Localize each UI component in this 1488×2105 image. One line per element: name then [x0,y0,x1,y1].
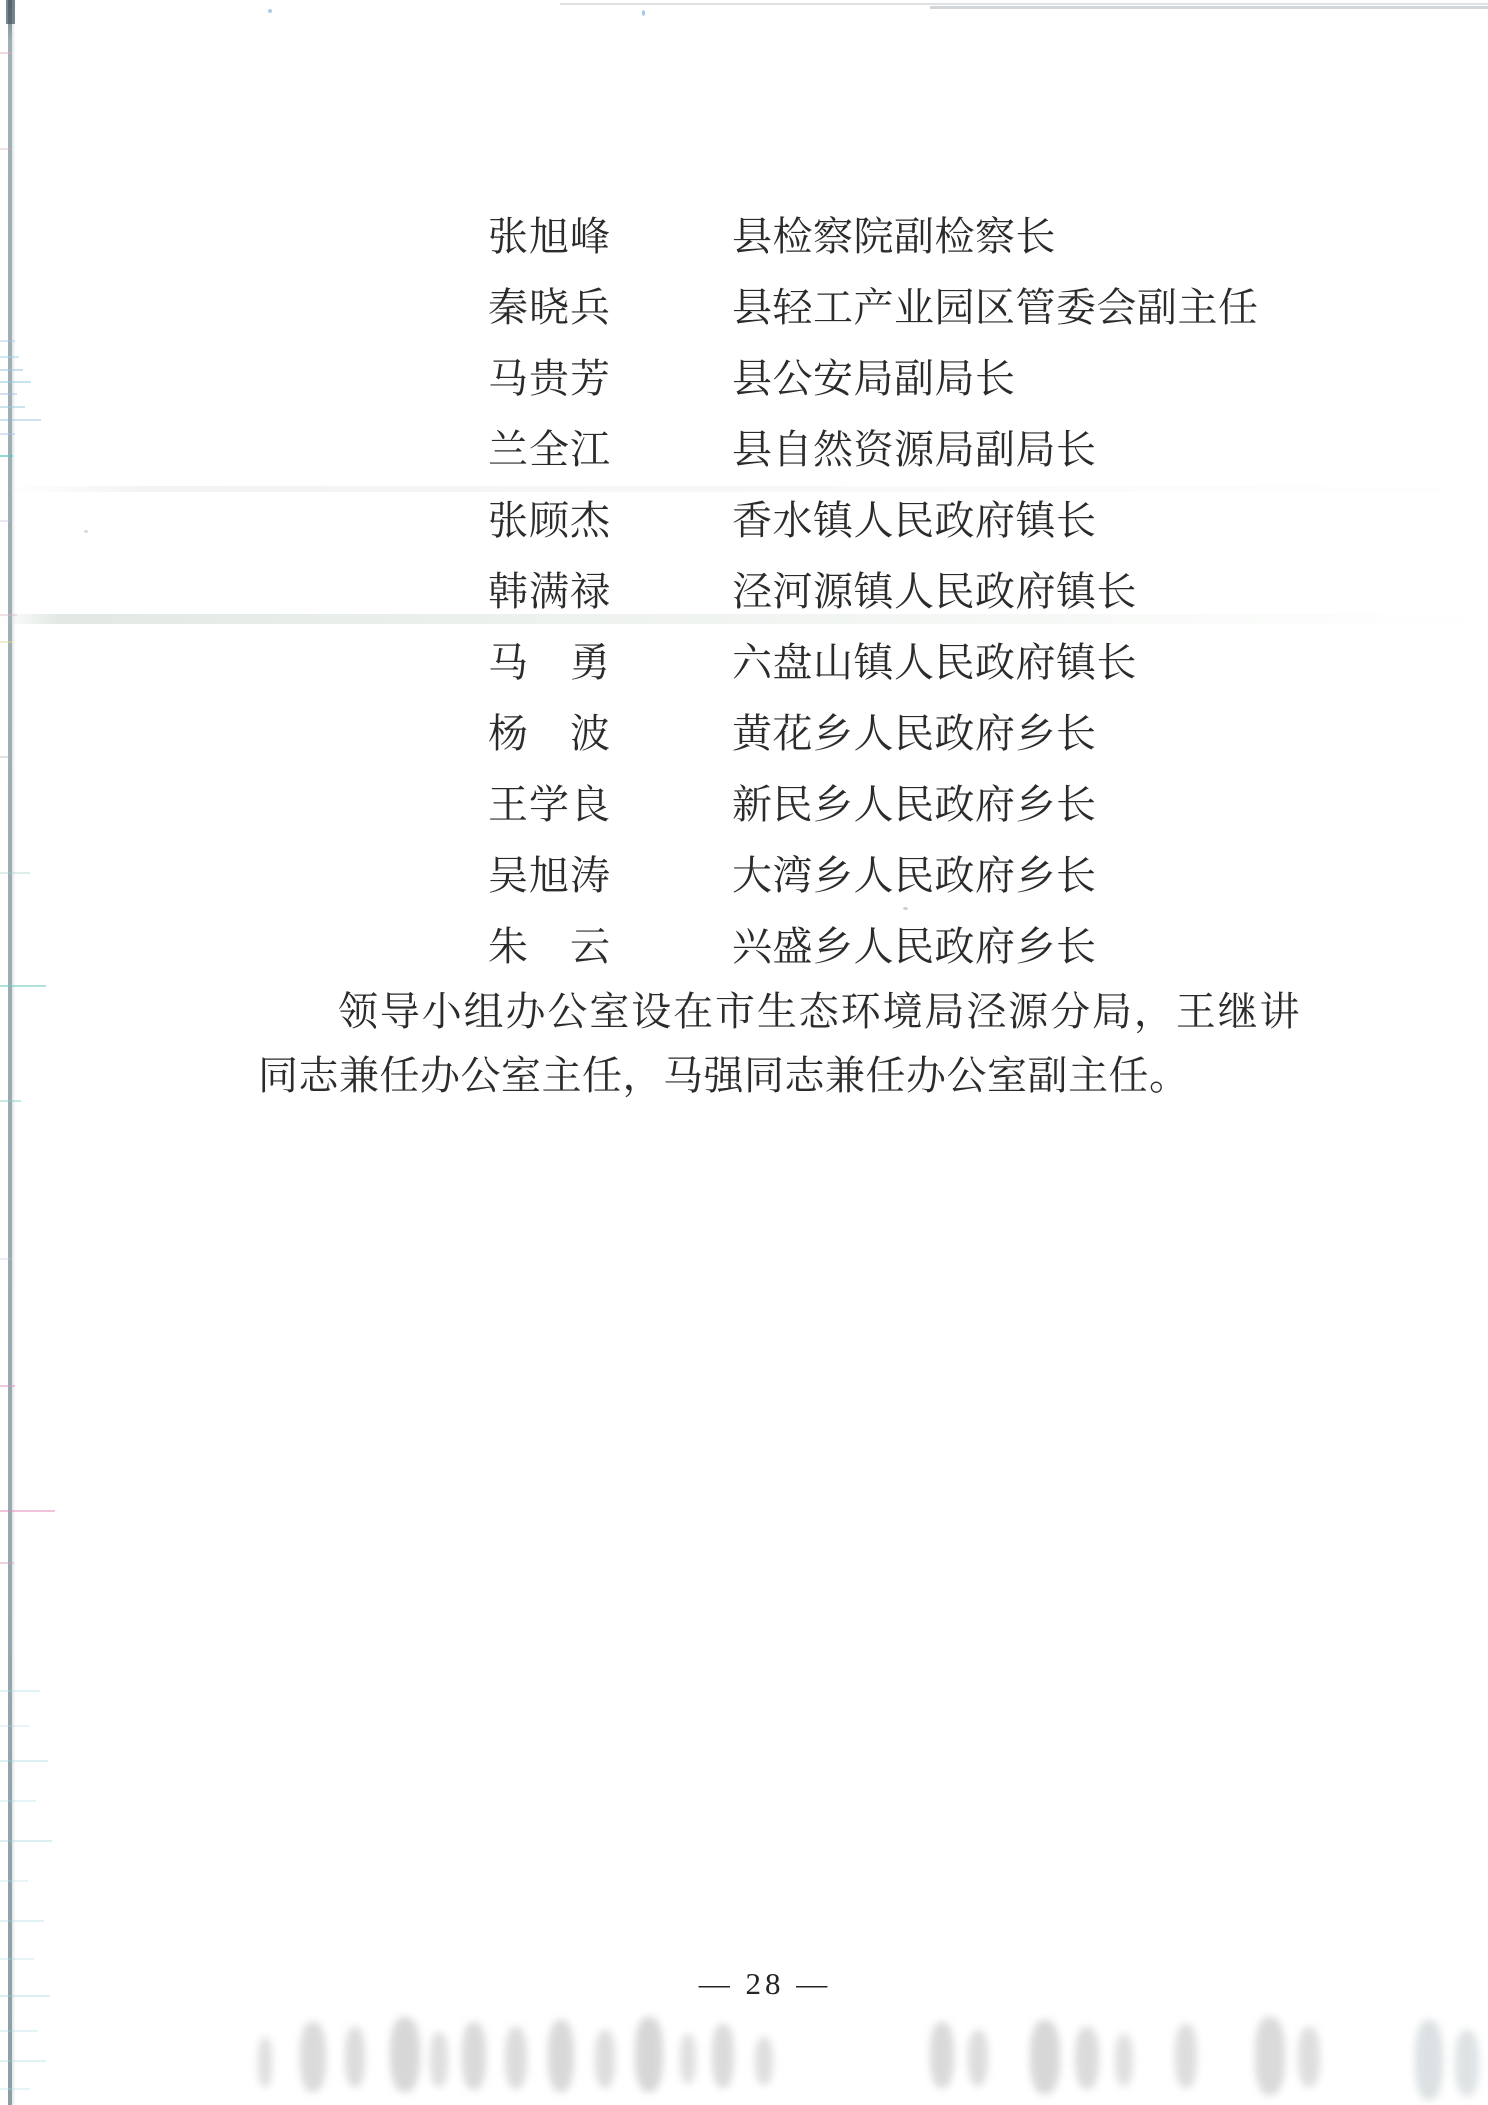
margin-tick [0,1100,21,1102]
margin-tick [0,356,19,358]
roster-row: 秦晓兵县轻工产业园区管委会副主任 [488,272,1259,343]
person-title: 县自然资源局副局长 [732,414,1097,485]
person-name: 张顾杰 [488,485,610,556]
margin-tick [0,2088,30,2090]
margin-tick [0,1920,44,1922]
person-name: 王学良 [488,769,610,840]
person-title: 县检察院副检察长 [732,201,1056,272]
margin-tick [0,1510,55,1512]
scan-top-edge-line [930,6,1488,9]
person-title: 县公安局副局长 [732,343,1016,414]
margin-tick [0,433,15,435]
margin-tick [0,1760,48,1762]
scanned-document-page: 张旭峰县检察院副检察长 秦晓兵县轻工产业园区管委会副主任 马贵芳县公安局副局长 … [0,0,1488,2105]
person-title: 六盘山镇人民政府镇长 [732,627,1137,698]
scan-top-edge-line [560,3,1488,5]
roster-row: 朱云兴盛乡人民政府乡长 [488,911,1259,982]
margin-tick [0,2030,38,2032]
margin-tick [0,614,17,616]
margin-tick [0,756,9,758]
leadership-roster: 张旭峰县检察院副检察长 秦晓兵县轻工产业园区管委会副主任 马贵芳县公安局副局长 … [488,201,1259,982]
person-name: 杨波 [488,698,610,769]
scan-speck [642,10,645,16]
person-name: 秦晓兵 [488,272,610,343]
roster-row: 马勇六盘山镇人民政府镇长 [488,627,1259,698]
person-name: 马勇 [488,627,610,698]
margin-tick [0,381,31,383]
scan-speck [84,530,88,533]
roster-row: 张顾杰香水镇人民政府镇长 [488,485,1259,556]
roster-row: 韩满禄泾河源镇人民政府镇长 [488,556,1259,627]
person-name: 吴旭涛 [488,840,610,911]
margin-tick [0,1725,30,1727]
margin-tick [0,148,11,150]
margin-tick [0,455,13,457]
roster-row: 杨波黄花乡人民政府乡长 [488,698,1259,769]
person-name: 张旭峰 [488,201,610,272]
margin-tick [0,340,15,342]
closing-paragraph: 领导小组办公室设在市生态环境局泾源分局，王继讲同志兼任办公室主任，马强同志兼任办… [258,980,1300,1108]
scan-speck [268,9,272,13]
person-title: 香水镇人民政府镇长 [732,485,1097,556]
ghost-text-band [0,2012,1488,2105]
person-title: 黄花乡人民政府乡长 [732,698,1097,769]
margin-tick [0,1880,28,1882]
page-number: — 28 — [21,1966,1488,2002]
margin-tick [0,1958,34,1960]
person-title: 县轻工产业园区管委会副主任 [732,272,1259,343]
person-name: 兰全江 [488,414,610,485]
person-title: 泾河源镇人民政府镇长 [732,556,1137,627]
person-name: 韩满禄 [488,556,610,627]
margin-tick [0,2060,46,2062]
roster-row: 吴旭涛大湾乡人民政府乡长 [488,840,1259,911]
margin-tick [0,419,41,421]
person-name: 马贵芳 [488,343,610,414]
person-name: 朱云 [488,911,610,982]
margin-tick [0,520,10,522]
margin-tick [0,1385,15,1387]
margin-tick [0,1840,52,1842]
roster-row: 王学良新民乡人民政府乡长 [488,769,1259,840]
margin-tick [0,985,46,987]
margin-tick [0,641,13,643]
margin-tick [0,1800,36,1802]
person-title: 兴盛乡人民政府乡长 [732,911,1097,982]
scan-edge-line [8,0,12,2105]
roster-row: 兰全江县自然资源局副局长 [488,414,1259,485]
margin-tick [0,393,17,395]
margin-tick [0,1690,40,1692]
margin-tick [0,1258,11,1260]
margin-tick [0,52,12,54]
margin-tick [0,369,23,371]
roster-row: 马贵芳县公安局副局长 [488,343,1259,414]
person-title: 新民乡人民政府乡长 [732,769,1097,840]
roster-row: 张旭峰县检察院副检察长 [488,201,1259,272]
person-title: 大湾乡人民政府乡长 [732,840,1097,911]
margin-tick [0,406,25,408]
margin-tick [0,872,30,874]
margin-tick [0,1562,14,1564]
scan-edge-line-cap [6,0,15,24]
